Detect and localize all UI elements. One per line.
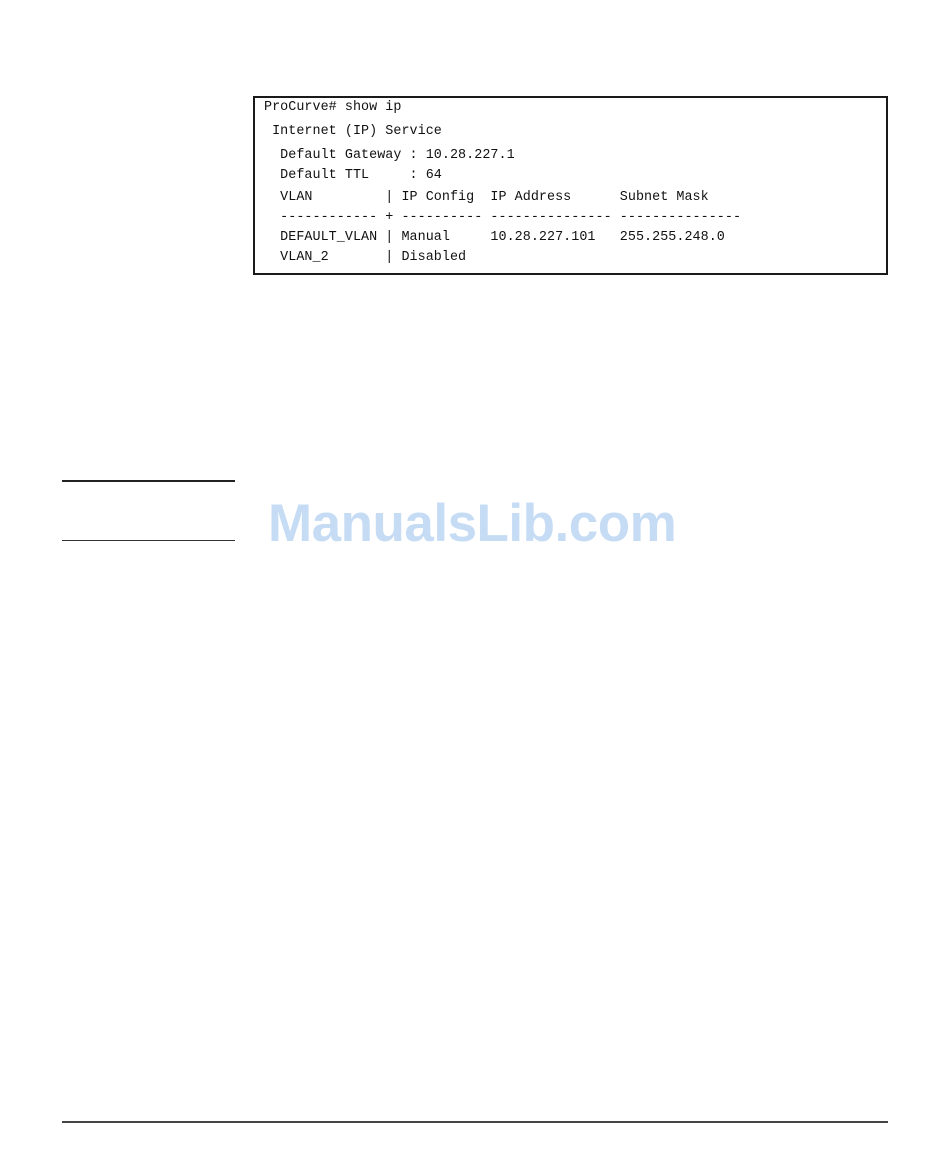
- note-bottom-rule: [62, 540, 235, 541]
- note-top-rule: [62, 480, 235, 482]
- cli-output-box: ProCurve# show ip Internet (IP) Service …: [253, 96, 888, 275]
- default-ttl-line: Default TTL : 64: [264, 168, 442, 184]
- table-separator: ------------ + ---------- --------------…: [264, 210, 741, 226]
- table-row: DEFAULT_VLAN | Manual 10.28.227.101 255.…: [264, 230, 725, 246]
- footer-rule: [62, 1121, 888, 1123]
- command-prompt-line: ProCurve# show ip: [264, 100, 401, 116]
- table-header: VLAN | IP Config IP Address Subnet Mask: [264, 190, 709, 206]
- table-row: VLAN_2 | Disabled: [264, 250, 466, 266]
- default-gateway-line: Default Gateway : 10.28.227.1: [264, 148, 515, 164]
- section-title: Internet (IP) Service: [264, 124, 442, 140]
- watermark: ManualsLib.com: [268, 493, 676, 554]
